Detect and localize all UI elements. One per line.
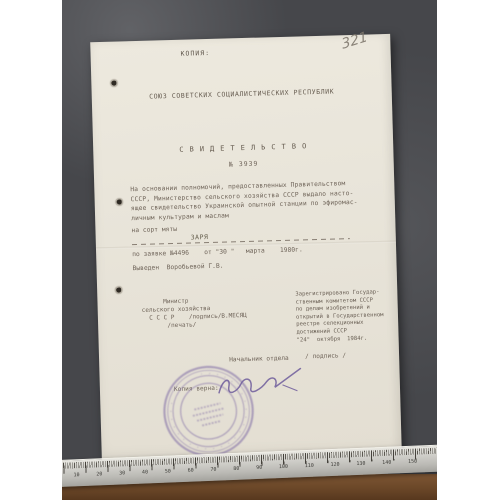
document-paper: КОПИЯ: 321 СОЮЗ СОВЕТСКИХ СОЦИАЛИСТИЧЕСК… xyxy=(90,34,402,460)
ruler-number: 40 xyxy=(142,469,148,475)
country-header: СОЮЗ СОВЕТСКИХ СОЦИАЛИСТИЧЕСКИХ РЕСПУБЛИ… xyxy=(92,86,392,102)
ruler-number: 110 xyxy=(305,463,314,469)
application-line: по заявке №4496 от "30 " марта 1980г. xyxy=(132,246,303,258)
ruler-number: 150 xyxy=(408,459,417,465)
minister-signature-block: Министр сельского хозяйства С С С Р /под… xyxy=(141,296,247,331)
photo-background: КОПИЯ: 321 СОЮЗ СОВЕТСКИХ СОЦИАЛИСТИЧЕСК… xyxy=(62,0,437,500)
variety-name: ЗАРЯ xyxy=(191,233,209,241)
copy-label: КОПИЯ: xyxy=(180,49,210,58)
ruler-number: 50 xyxy=(165,468,171,474)
ruler-number: 20 xyxy=(96,471,102,477)
punch-hole xyxy=(111,81,116,86)
signature-placeholder: / подпись / xyxy=(305,352,346,360)
handwritten-signature xyxy=(212,364,313,401)
punch-hole xyxy=(116,288,121,293)
ruler-number: 130 xyxy=(356,461,365,467)
certificate-title: С В И Д Е Т Е Л Ь С Т В О xyxy=(93,140,393,156)
registration-block: Зарегистрировано Государ- ственным комит… xyxy=(295,289,384,345)
ruler-number: 30 xyxy=(119,470,125,476)
ruler-number: 140 xyxy=(382,460,391,466)
body-paragraph: На основании полномочий, предоставленных… xyxy=(130,179,358,223)
ruler-number: 70 xyxy=(210,467,216,473)
breeder-line: Выведен Воробьевой Г.В. xyxy=(132,263,223,273)
ruler-number: 100 xyxy=(279,464,288,470)
certificate-number: № 3939 xyxy=(94,156,394,172)
ruler-number: 80 xyxy=(233,466,239,472)
variety-label: на сорт мяты xyxy=(131,226,177,234)
punch-hole xyxy=(117,199,122,204)
ruler-number: 90 xyxy=(256,465,262,471)
handwritten-page-number: 321 xyxy=(341,29,370,53)
ruler-number: 60 xyxy=(188,468,194,474)
ruler-number: 120 xyxy=(330,462,339,468)
ruler-number: 10 xyxy=(73,472,79,478)
